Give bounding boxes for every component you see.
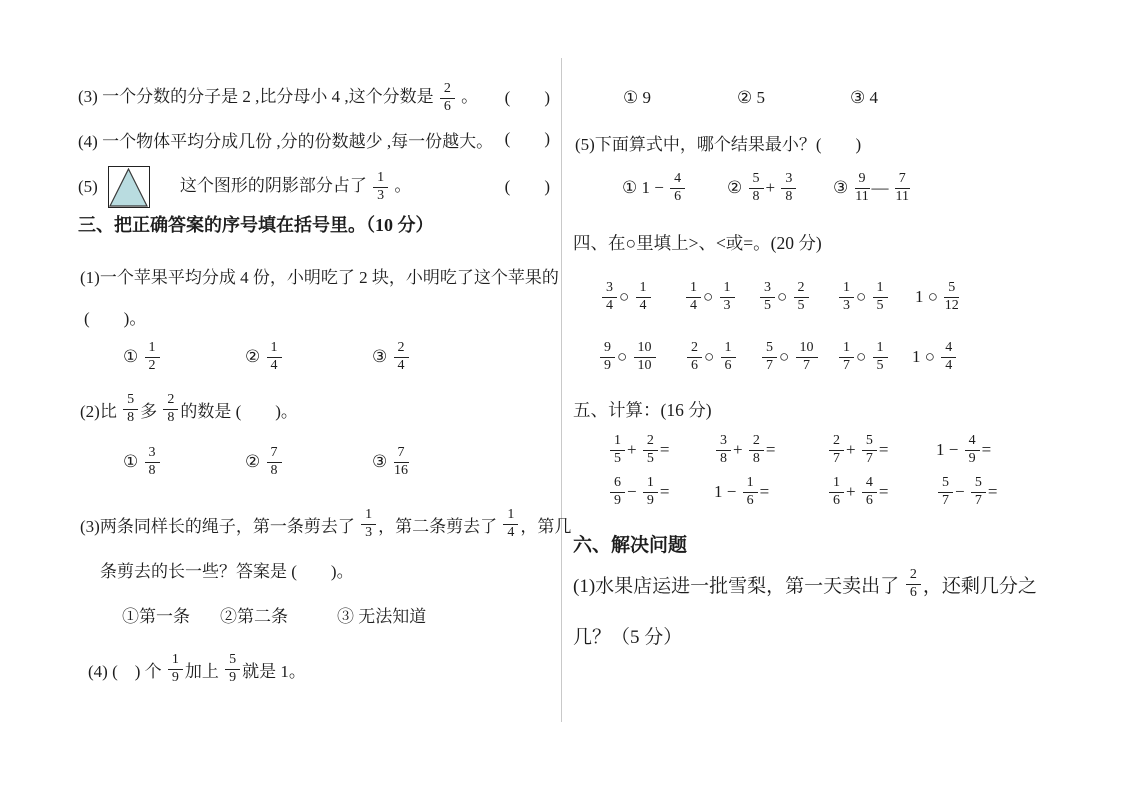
option: ① 1 − 46 <box>622 162 687 214</box>
option: ① 9 <box>623 84 651 112</box>
calc-item: 69 − 19 = <box>608 468 669 516</box>
question-3-3-line2: 条剪去的长一些？答案是 ( )。 <box>100 555 354 583</box>
fraction: 16 <box>721 341 736 373</box>
fraction: 16 <box>829 476 844 508</box>
option: ② 5 <box>737 84 765 112</box>
question-6-1-line2: 几？（5 分） <box>573 620 682 650</box>
fraction: 57 <box>971 476 986 508</box>
fraction: 57 <box>938 476 953 508</box>
compare-item: 26 ○ 16 <box>685 331 738 383</box>
fraction: 14 <box>636 281 651 313</box>
fraction: 38 <box>781 172 796 204</box>
fraction: 26 <box>906 568 921 600</box>
fraction: 38 <box>716 434 731 466</box>
question-2-4-text: (4) 一个物体平均分成几份 ,分的份数越少 ,每一份越大。 <box>78 127 493 152</box>
calc-item: 57 − 57 = <box>936 468 997 516</box>
calc-item: 27 + 57 = <box>827 426 888 474</box>
question-3-5-options: ① 1 − 46 ② 58 + 38 ③ 911 — 711 <box>0 162 1122 214</box>
fraction: 25 <box>643 434 658 466</box>
option: ② 58 + 38 <box>727 162 798 214</box>
fraction: 26 <box>687 341 702 373</box>
fraction: 57 <box>762 341 777 373</box>
fraction: 27 <box>829 434 844 466</box>
fraction: 58 <box>749 172 764 204</box>
option: ③ 911 — 711 <box>833 162 912 214</box>
compare-item: 1 ○ 44 <box>912 331 958 383</box>
calc-row-1: 15 + 25 = 38 + 28 = 27 + 57 = 1 − 49 = <box>0 426 1122 474</box>
compare-item: 57 ○ 107 <box>760 331 820 383</box>
compare-item: 17 ○ 15 <box>837 331 890 383</box>
fraction: 19 <box>168 653 183 685</box>
compare-item: 1 ○ 512 <box>915 271 961 323</box>
compare-item: 99 ○ 1010 <box>598 331 658 383</box>
question-3-4-options: ① 9 ② 5 ③ 4 <box>0 84 1122 112</box>
calc-item: 1 − 16 = <box>714 468 769 516</box>
compare-item: 35 ○ 25 <box>758 271 811 323</box>
fraction: 14 <box>686 281 701 313</box>
option: ②第二条 <box>220 600 288 628</box>
fraction: 17 <box>839 341 854 373</box>
section-six-title: 六、解决问题 <box>573 529 687 557</box>
question-2-4: (4) 一个物体平均分成几份 ,分的份数越少 ,每一份越大。 ( ) <box>78 125 550 153</box>
fraction: 28 <box>749 434 764 466</box>
option: ①第一条 <box>122 600 190 628</box>
compare-item: 34 ○ 14 <box>600 271 653 323</box>
compare-row-2: 99 ○ 1010 26 ○ 16 57 ○ 107 17 ○ 15 1 ○ 4… <box>0 331 1122 383</box>
option: ③ 4 <box>850 84 878 112</box>
fraction: 57 <box>862 434 877 466</box>
fraction: 711 <box>895 172 910 204</box>
calc-row-2: 69 − 19 = 1 − 16 = 16 + 46 = 57 − 57 = <box>0 468 1122 516</box>
fraction: 49 <box>965 434 980 466</box>
calc-item: 15 + 25 = <box>608 426 669 474</box>
fraction: 44 <box>941 341 956 373</box>
compare-item: 14 ○ 13 <box>684 271 737 323</box>
fraction: 46 <box>670 172 685 204</box>
fraction: 16 <box>743 476 758 508</box>
fraction: 25 <box>794 281 809 313</box>
fraction: 69 <box>610 476 625 508</box>
fraction: 34 <box>602 281 617 313</box>
question-6-1-line1: (1)水果店运进一批雪梨，第一天卖出了 26 ，还剩几分之 <box>573 558 1037 610</box>
fraction: 13 <box>839 281 854 313</box>
fraction: 59 <box>225 653 240 685</box>
calc-item: 38 + 28 = <box>714 426 775 474</box>
fraction: 99 <box>600 341 615 373</box>
section-three-title: 三、把正确答案的序号填在括号里。（10 分） <box>78 211 434 237</box>
fraction: 13 <box>720 281 735 313</box>
compare-item: 13 ○ 15 <box>837 271 890 323</box>
answer-paren: ( ) <box>505 129 550 149</box>
fraction: 15 <box>610 434 625 466</box>
fraction: 28 <box>163 393 178 425</box>
calc-item: 1 − 49 = <box>936 426 991 474</box>
section-five-title: 五、计算：(16 分) <box>573 396 712 422</box>
question-3-4-line: (4) ( ) 个 19 加上 59 就是 1。 <box>88 644 306 694</box>
fraction: 46 <box>862 476 877 508</box>
fraction: 58 <box>123 393 138 425</box>
fraction: 15 <box>873 281 888 313</box>
worksheet-page: { "colors": { "divider": "#c9c9c9", "tri… <box>0 0 1122 793</box>
question-3-5-line: (5)下面算式中，哪个结果最小？( ) <box>575 128 861 156</box>
fraction: 1010 <box>634 341 656 373</box>
fraction: 35 <box>760 281 775 313</box>
section-four-title: 四、在○里填上>、<或=。(20 分) <box>573 229 822 255</box>
option: ③ 无法知道 <box>337 600 426 628</box>
fraction: 911 <box>855 172 870 204</box>
compare-row-1: 34 ○ 14 14 ○ 13 35 ○ 25 13 ○ 15 1 ○ 512 <box>0 271 1122 323</box>
calc-item: 16 + 46 = <box>827 468 888 516</box>
fraction: 15 <box>873 341 888 373</box>
fraction: 107 <box>796 341 818 373</box>
fraction: 19 <box>643 476 658 508</box>
fraction: 512 <box>944 281 959 313</box>
